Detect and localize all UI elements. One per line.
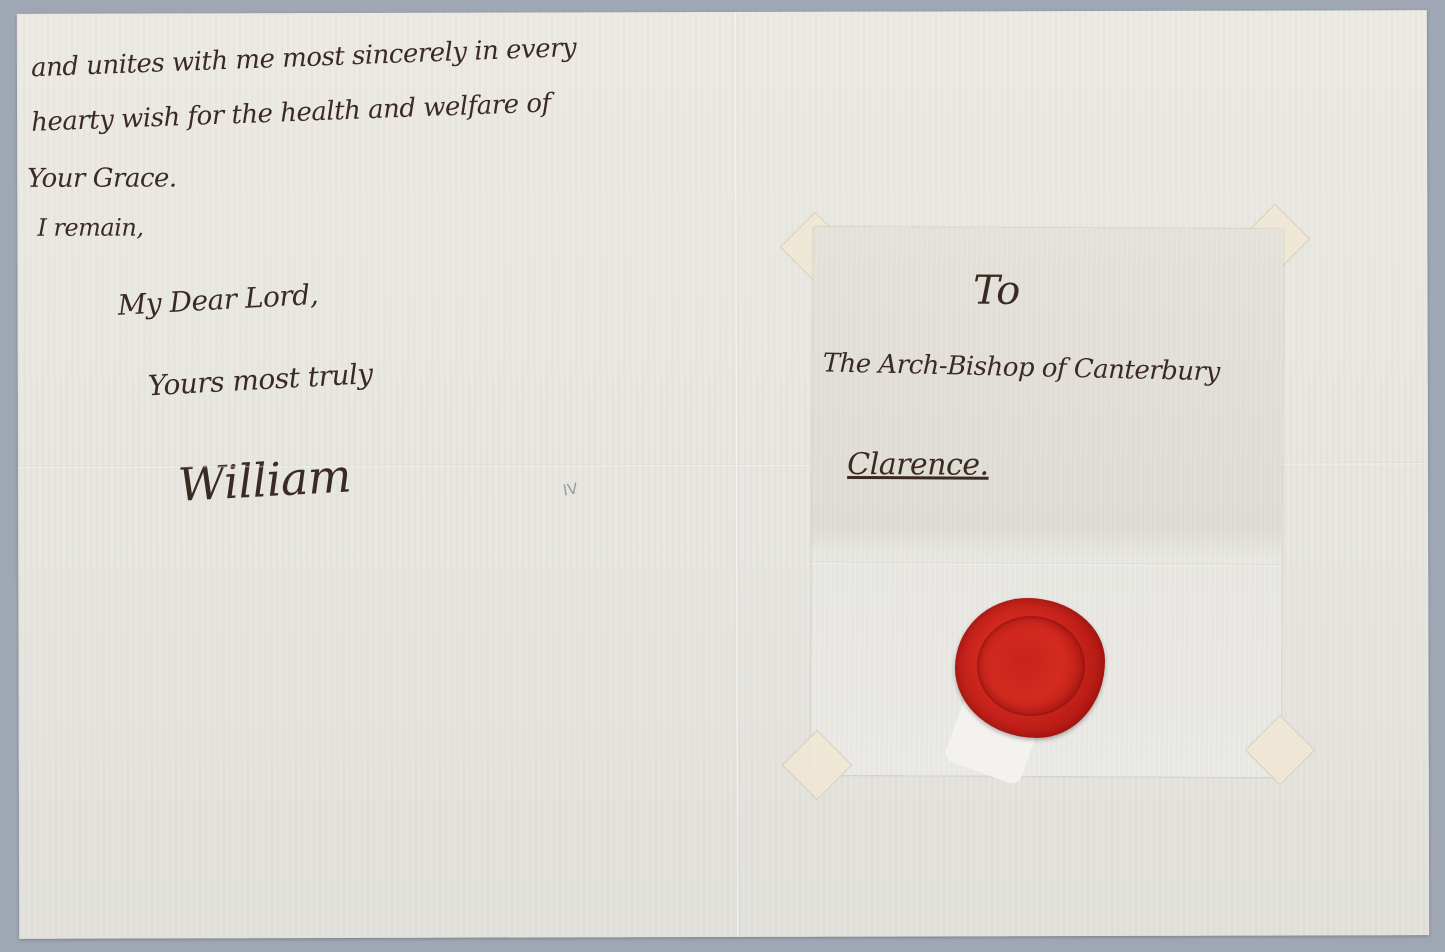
address-recipient: The Arch-Bishop of Canterbury [822,348,1220,387]
letter-line-3: Your Grace. [27,163,176,193]
left-page: and unites with me most sincerely in eve… [17,12,739,939]
letter-line-1: and unites with me most sincerely in eve… [31,33,577,83]
address-sender-franking: Clarence. [847,447,989,483]
seal-impression [977,616,1085,716]
cover-fold [812,562,1282,566]
letter-salutation: My Dear Lord, [117,278,319,322]
letter-valediction: Yours most truly [147,357,373,402]
address-to: To [973,268,1020,314]
letter-closing: I remain, [37,214,143,242]
letter-line-2: hearty wish for the health and welfare o… [31,88,551,137]
pencil-annotation: IV [562,479,580,499]
signature: William [177,448,353,511]
